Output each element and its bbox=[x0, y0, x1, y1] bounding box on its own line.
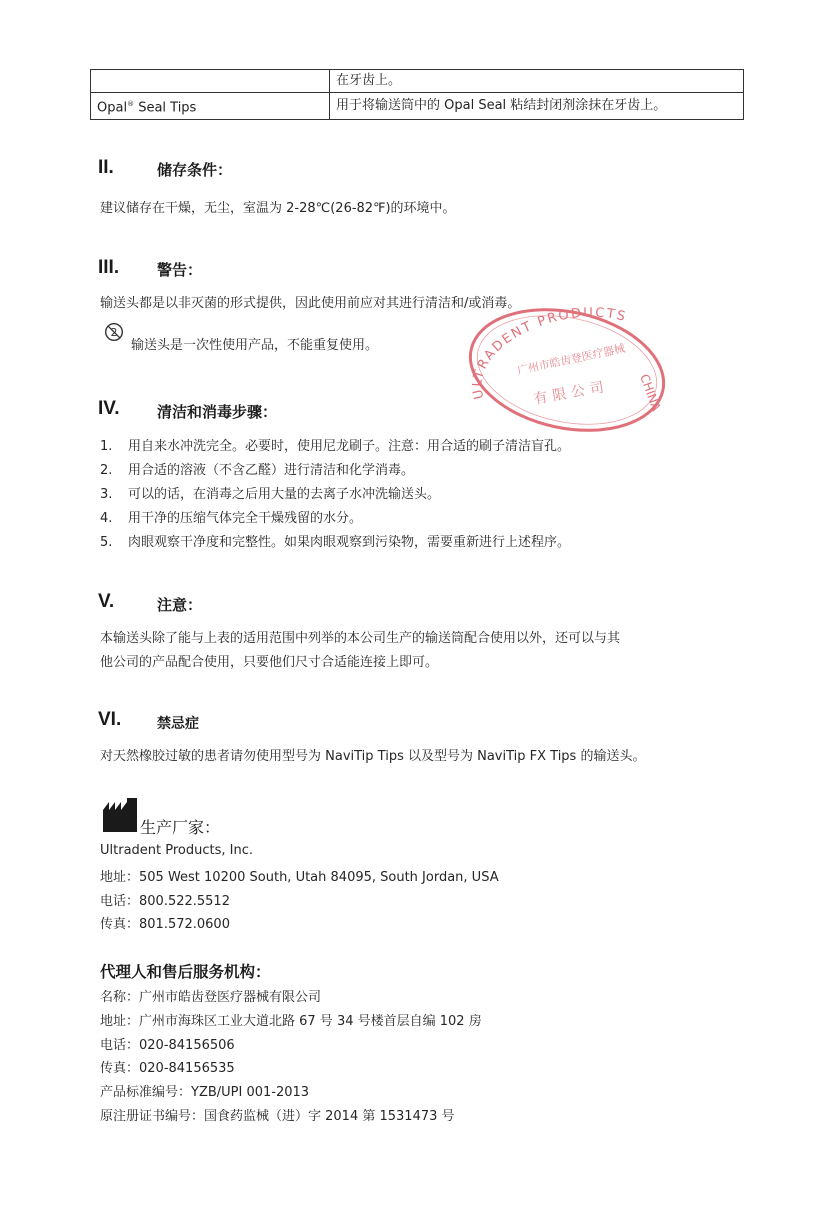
manufacturer-phone: 电话：800.522.5512 bbox=[100, 890, 230, 909]
agent-phone: 电话：020-84156506 bbox=[100, 1034, 235, 1053]
product-standard-number: 产品标准编号：YZB/UPI 001-2013 bbox=[100, 1081, 309, 1100]
company-seal-stamp: ULTRADENT PRODUCTS CHINA 广州市皓齿登医疗器械 有限公司 bbox=[462, 306, 672, 434]
agent-fax: 传真：020-84156535 bbox=[100, 1057, 235, 1076]
registered-mark: ® bbox=[127, 100, 134, 108]
section-title-cleaning: 清洁和消毒步骤： bbox=[157, 401, 277, 422]
single-use-icon: 2 bbox=[104, 322, 124, 342]
table-cell-description: 用于将输送筒中的 Opal Seal 粘结封闭剂涂抹在牙齿上。 bbox=[330, 93, 744, 120]
agent-address: 地址：广州市海珠区工业大道北路 67 号 34 号楼首层自编 102 房 bbox=[100, 1010, 482, 1029]
storage-text: 建议储存在干燥，无尘，室温为 2-28℃(26-82℉)的环境中。 bbox=[100, 197, 456, 216]
manufacturer-address: 地址：505 West 10200 South, Utah 84095, Sou… bbox=[100, 866, 499, 885]
section-number-cleaning: IV. bbox=[98, 398, 120, 420]
section-title-notice: 注意： bbox=[157, 594, 202, 615]
table-row: Opal® Seal Tips 用于将输送筒中的 Opal Seal 粘结封闭剂… bbox=[91, 93, 744, 120]
table-cell-description: 在牙齿上。 bbox=[330, 70, 744, 93]
notice-text-line2: 他公司的产品配合使用，只要他们尺寸合适能连接上即可。 bbox=[100, 651, 438, 670]
agent-name: 名称：广州市皓齿登医疗器械有限公司 bbox=[100, 986, 321, 1005]
manufacturer-company: Ultradent Products, Inc. bbox=[100, 843, 253, 858]
stamp-inner-line1: 广州市皓齿登医疗器械 bbox=[516, 341, 627, 378]
stamp-country-text: CHINA bbox=[637, 372, 663, 413]
section-number-warning: III. bbox=[98, 257, 119, 279]
table-row: 在牙齿上。 bbox=[91, 70, 744, 93]
warning-text: 输送头都是以非灭菌的形式提供，因此使用前应对其进行清洁和/或消毒。 bbox=[100, 292, 520, 311]
manufacturer-factory-icon bbox=[103, 798, 139, 832]
list-item: 2.用合适的溶液（不含乙醛）进行清洁和化学消毒。 bbox=[100, 459, 414, 478]
manufacturer-title: 生产厂家： bbox=[140, 815, 220, 838]
table-cell-name bbox=[91, 70, 330, 93]
list-item: 1.用自来水冲洗完全。必要时，使用尼龙刷子。注意：用合适的刷子清洁盲孔。 bbox=[100, 435, 570, 454]
list-item: 3.可以的话，在消毒之后用大量的去离子水冲洗输送头。 bbox=[100, 483, 440, 502]
product-name-rest: Seal Tips bbox=[134, 100, 196, 115]
manufacturer-fax: 传真：801.572.0600 bbox=[100, 913, 230, 932]
section-title-contraindications: 禁忌症 bbox=[157, 713, 199, 733]
section-number-contraindications: VI. bbox=[98, 709, 121, 731]
single-use-text: 输送头是一次性使用产品，不能重复使用。 bbox=[131, 334, 378, 353]
agent-title: 代理人和售后服务机构： bbox=[100, 960, 271, 982]
spec-table: 在牙齿上。 Opal® Seal Tips 用于将输送筒中的 Opal Seal… bbox=[90, 69, 744, 120]
stamp-inner-line2: 有限公司 bbox=[532, 379, 610, 408]
list-item: 4.用干净的压缩气体完全干燥残留的水分。 bbox=[100, 507, 362, 526]
notice-text-line1: 本输送头除了能与上表的适用范围中列举的本公司生产的输送筒配合使用以外，还可以与其 bbox=[100, 627, 620, 646]
list-item: 5.肉眼观察干净度和完整性。如果肉眼观察到污染物，需要重新进行上述程序。 bbox=[100, 531, 570, 550]
section-number-notice: V. bbox=[98, 591, 114, 613]
registration-certificate-number: 原注册证书编号：国食药监械（进）字 2014 第 1531473 号 bbox=[100, 1105, 455, 1124]
document-page: 在牙齿上。 Opal® Seal Tips 用于将输送筒中的 Opal Seal… bbox=[0, 0, 818, 1224]
section-title-warning: 警告： bbox=[157, 259, 202, 280]
table-cell-name: Opal® Seal Tips bbox=[91, 93, 330, 120]
section-number-storage: II. bbox=[98, 157, 114, 179]
contraindications-text: 对天然橡胶过敏的患者请勿使用型号为 NaviTip Tips 以及型号为 Nav… bbox=[100, 745, 645, 764]
product-name: Opal bbox=[97, 100, 127, 115]
section-title-storage: 储存条件： bbox=[157, 159, 232, 180]
